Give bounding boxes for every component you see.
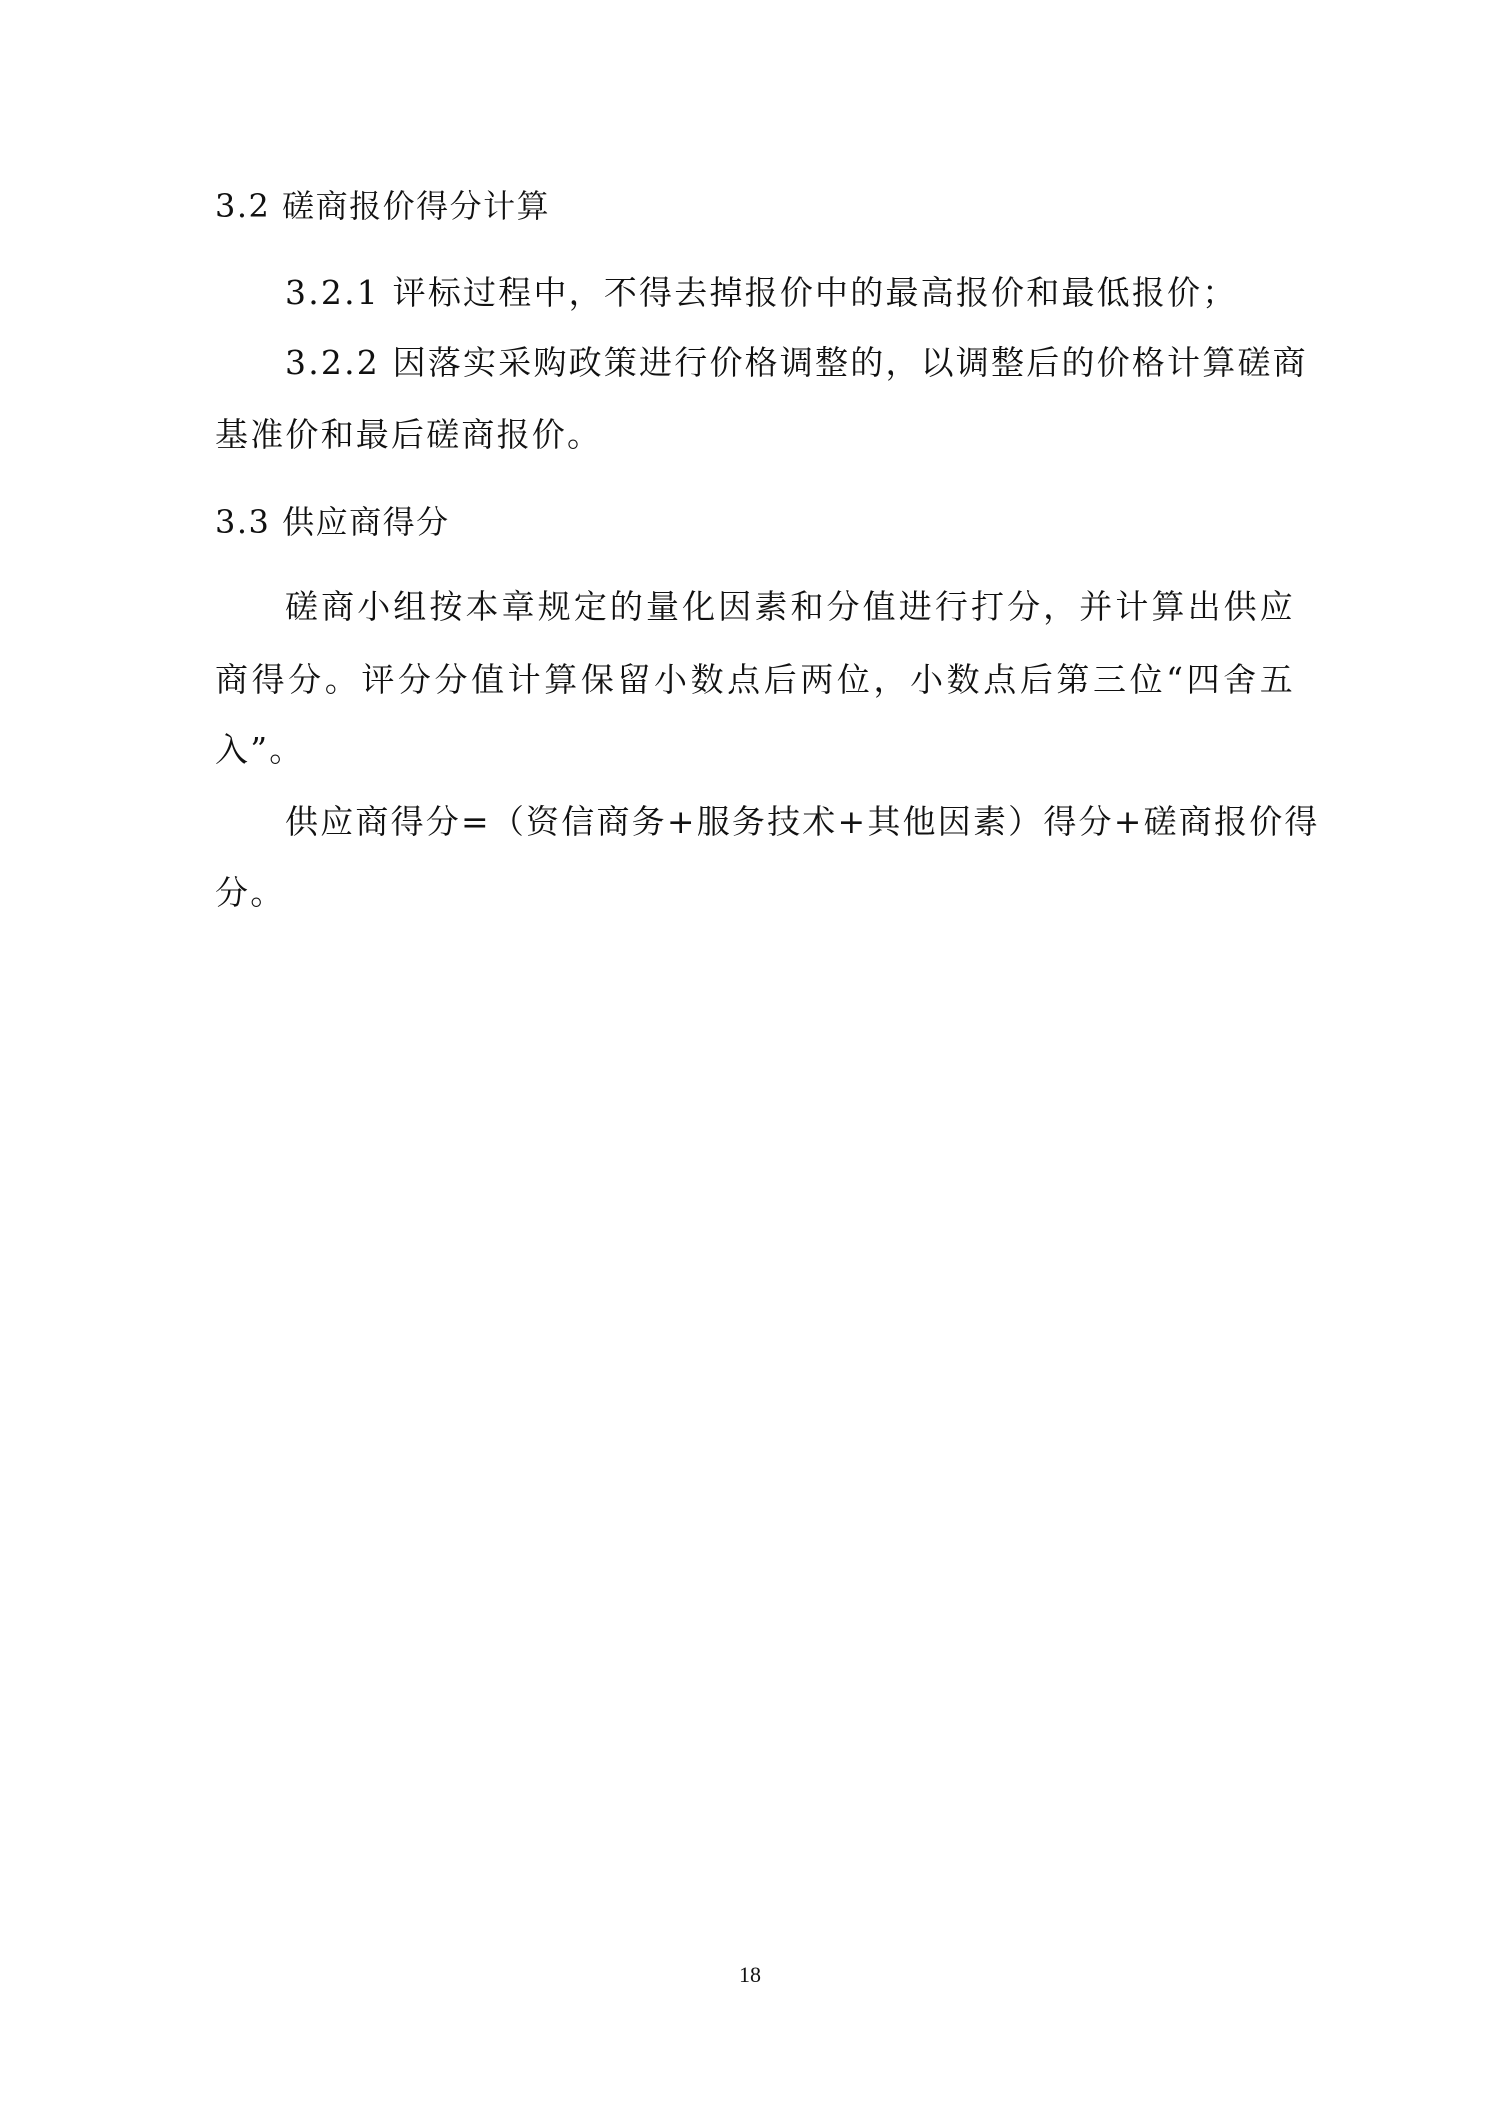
paragraph-1-line-3: 入”。: [215, 730, 1295, 770]
page-number: 18: [0, 1962, 1500, 1988]
paragraph-2-line-1: 供应商得分=（资信商务+服务技术+其他因素）得分+磋商报价得: [285, 802, 1295, 842]
section-heading-3-2: 3.2 磋商报价得分计算: [215, 186, 1295, 226]
clause-3-2-2-line-1: 3.2.2 因落实采购政策进行价格调整的，以调整后的价格计算磋商: [285, 343, 1295, 383]
paragraph-1-line-1: 磋商小组按本章规定的量化因素和分值进行打分，并计算出供应: [285, 587, 1295, 627]
clause-3-2-1: 3.2.1 评标过程中，不得去掉报价中的最高报价和最低报价；: [285, 273, 1295, 313]
section-heading-3-3: 3.3 供应商得分: [215, 502, 1295, 542]
paragraph-1-line-2: 商得分。评分分值计算保留小数点后两位，小数点后第三位“四舍五: [215, 660, 1295, 700]
clause-3-2-2-line-2: 基准价和最后磋商报价。: [215, 415, 1295, 455]
paragraph-2-line-2: 分。: [215, 873, 1295, 913]
